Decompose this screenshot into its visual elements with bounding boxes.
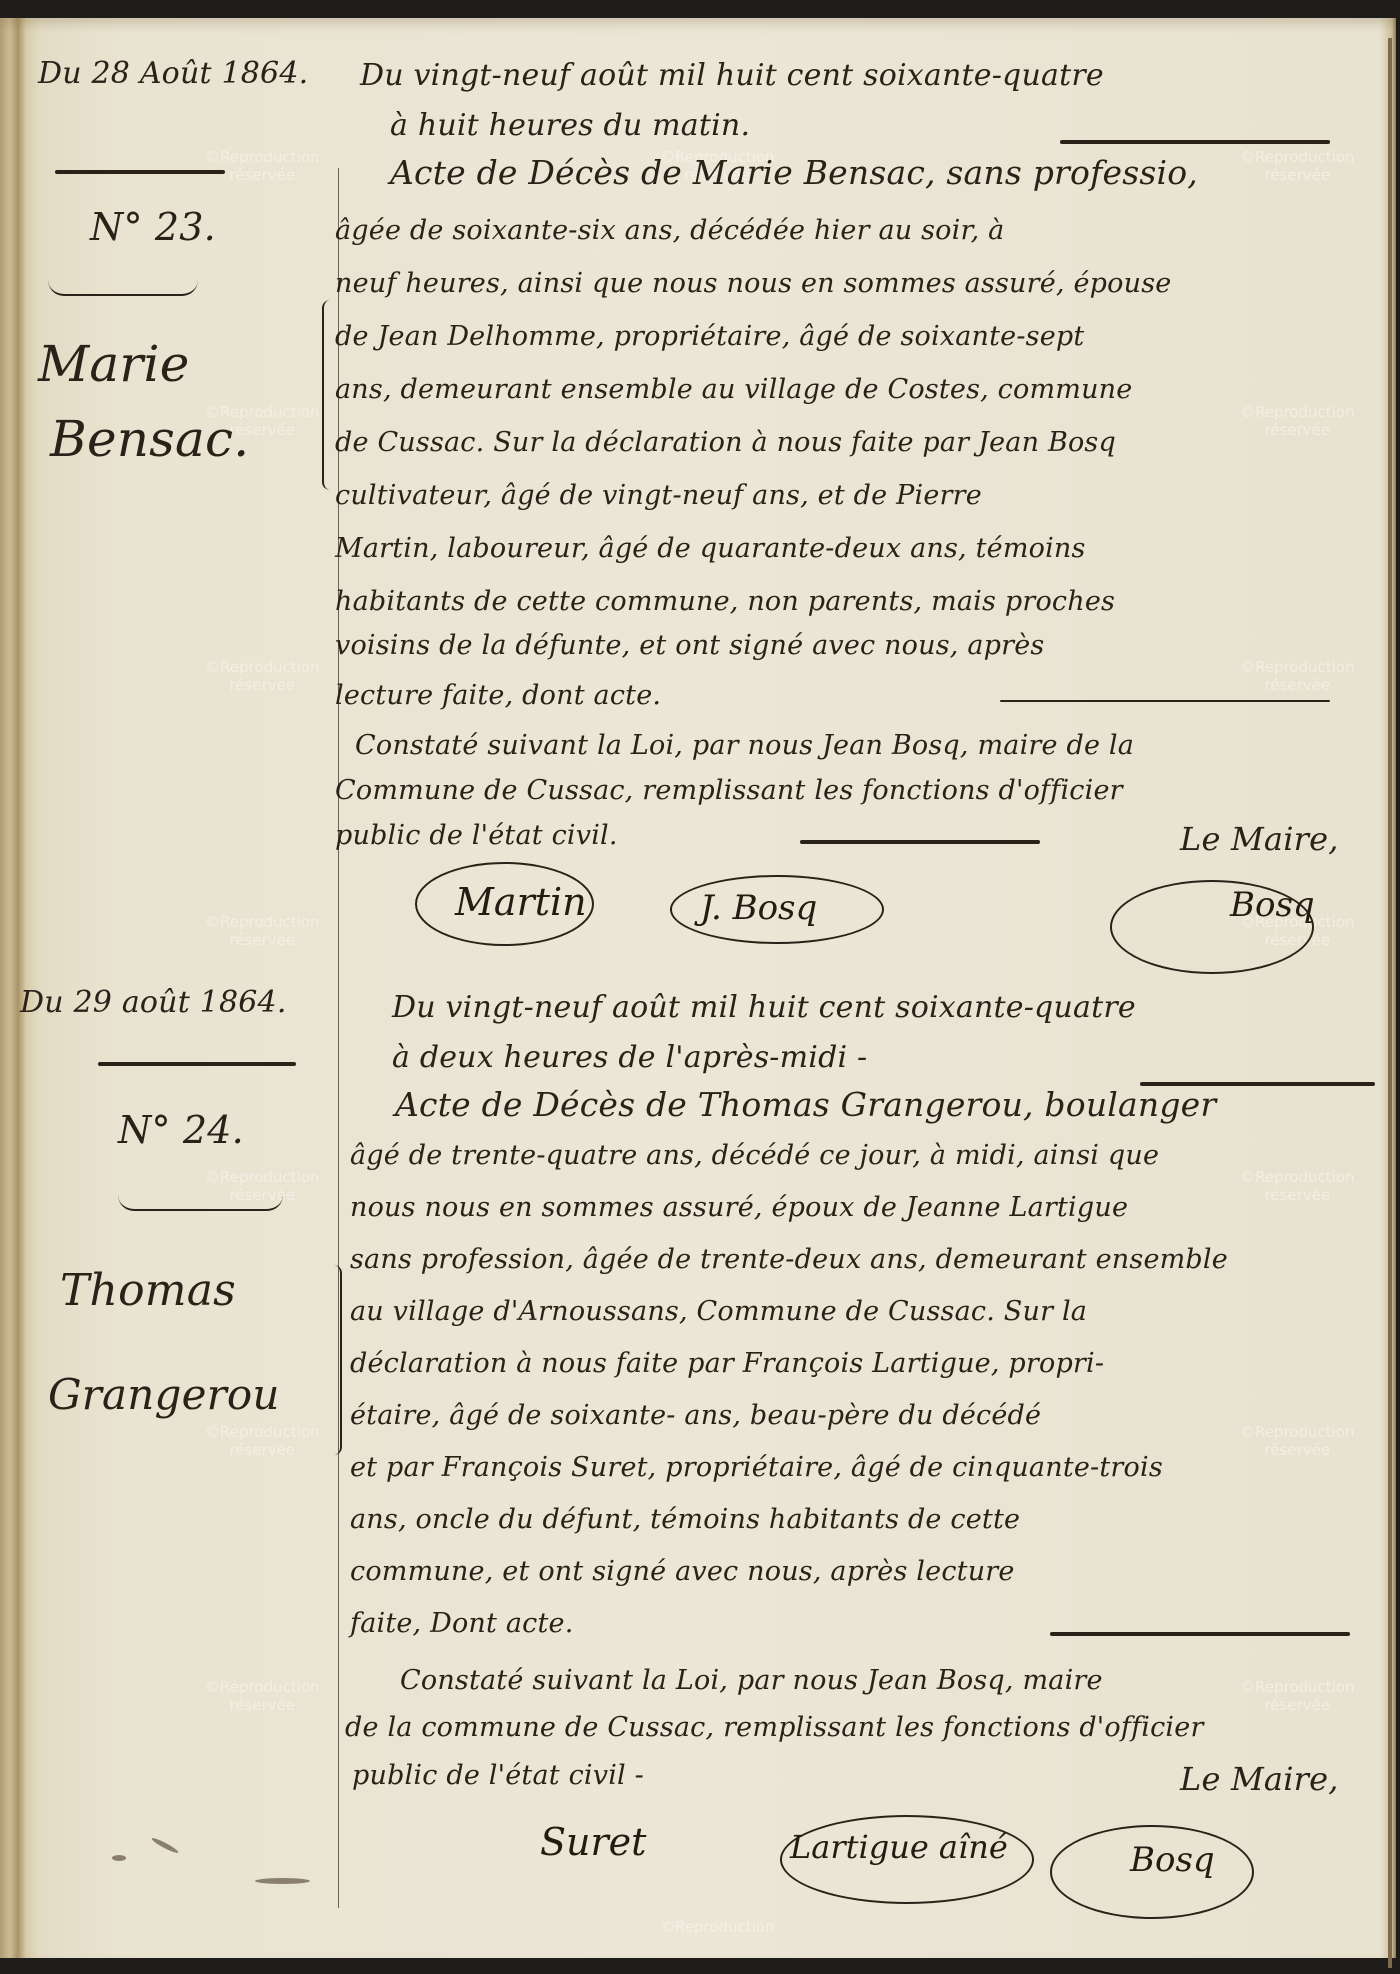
header-line: Du vingt-neuf août mil huit cent soixant… bbox=[392, 990, 1136, 1025]
watermark: ©Reproductionréservée bbox=[205, 658, 320, 694]
watermark: ©Reproductionréservée bbox=[1240, 658, 1355, 694]
mayor-closing: Le Maire, bbox=[1180, 1760, 1339, 1798]
attestation-line: Commune de Cussac, remplissant les fonct… bbox=[335, 775, 1123, 806]
attestation-line: Constaté suivant la Loi, par nous Jean B… bbox=[400, 1665, 1103, 1696]
body-line: faite, Dont acte. bbox=[350, 1608, 573, 1639]
body-line: ans, oncle du défunt, témoins habitants … bbox=[350, 1504, 1020, 1535]
body-line: déclaration à nous faite par François La… bbox=[350, 1348, 1104, 1379]
attestation-line: public de l'état civil - bbox=[352, 1760, 644, 1791]
body-line: habitants de cette commune, non parents,… bbox=[335, 586, 1115, 617]
body-line: cultivateur, âgé de vingt-neuf ans, et d… bbox=[335, 480, 982, 511]
ornamental-divider bbox=[48, 280, 198, 296]
deceased-last-name: Bensac. bbox=[50, 410, 249, 468]
act-title: Acte de Décès de Thomas Grangerou, boula… bbox=[395, 1085, 1216, 1124]
margin-divider bbox=[55, 170, 225, 174]
body-line: de Jean Delhomme, propriétaire, âgé de s… bbox=[335, 321, 1084, 352]
watermark: ©Reproductionréservée bbox=[205, 913, 320, 949]
body-line: au village d'Arnoussans, Commune de Cuss… bbox=[350, 1296, 1087, 1327]
act-title: Acte de Décès de Marie Bensac, sans prof… bbox=[390, 153, 1198, 192]
watermark: ©Reproductionréservée bbox=[1240, 403, 1355, 439]
body-line: âgé de trente-quatre ans, décédé ce jour… bbox=[350, 1140, 1159, 1171]
deceased-last-name: Grangerou bbox=[48, 1370, 280, 1419]
watermark: ©Reproduction bbox=[660, 1918, 775, 1936]
ink-smudge bbox=[112, 1855, 126, 1861]
name-bracket bbox=[322, 300, 334, 490]
line-filler bbox=[1060, 140, 1330, 144]
watermark: ©Reproductionréservée bbox=[205, 148, 320, 184]
signature-suret: Suret bbox=[540, 1820, 646, 1864]
mayor-closing: Le Maire, bbox=[1180, 820, 1339, 858]
body-line: Martin, laboureur, âgé de quarante-deux … bbox=[335, 533, 1086, 564]
ornamental-divider bbox=[118, 1195, 283, 1211]
signature-lartigue: Lartigue aîné bbox=[790, 1828, 1008, 1866]
line-filler bbox=[1000, 700, 1330, 702]
body-line: de Cussac. Sur la déclaration à nous fai… bbox=[335, 427, 1116, 458]
body-line: neuf heures, ainsi que nous nous en somm… bbox=[335, 268, 1171, 299]
body-line: et par François Suret, propriétaire, âgé… bbox=[350, 1452, 1163, 1483]
watermark: ©Reproductionréservée bbox=[1240, 1423, 1355, 1459]
body-line: âgée de soixante-six ans, décédée hier a… bbox=[335, 215, 1004, 246]
body-line: sans profession, âgée de trente-deux ans… bbox=[350, 1244, 1228, 1275]
margin-date: Du 29 août 1864. bbox=[20, 985, 287, 1020]
signature-mayor-bosq: Bosq bbox=[1130, 1840, 1215, 1880]
entry-number: N° 24. bbox=[118, 1108, 244, 1152]
signature-j-bosq: J. Bosq bbox=[700, 888, 817, 928]
watermark: ©Reproductionréservée bbox=[205, 1423, 320, 1459]
watermark: ©Reproductionréservée bbox=[1240, 148, 1355, 184]
watermark: ©Reproductionréservée bbox=[1240, 1678, 1355, 1714]
header-line: Du vingt-neuf août mil huit cent soixant… bbox=[360, 58, 1104, 93]
page-edge bbox=[1388, 38, 1392, 1968]
attestation-line: public de l'état civil. bbox=[335, 820, 618, 851]
entry-number: N° 23. bbox=[90, 205, 216, 249]
body-line: ans, demeurant ensemble au village de Co… bbox=[335, 374, 1132, 405]
header-line: à deux heures de l'après-midi - bbox=[392, 1040, 867, 1075]
attestation-line: Constaté suivant la Loi, par nous Jean B… bbox=[355, 730, 1134, 761]
body-line: voisins de la défunte, et ont signé avec… bbox=[335, 630, 1044, 661]
line-filler bbox=[1050, 1632, 1350, 1636]
deceased-first-name: Marie bbox=[38, 335, 190, 393]
margin-divider bbox=[98, 1062, 296, 1066]
deceased-first-name: Thomas bbox=[60, 1265, 236, 1316]
signature-martin: Martin bbox=[455, 880, 587, 924]
signature-mayor-bosq: Bosq bbox=[1230, 885, 1315, 925]
line-filler bbox=[800, 840, 1040, 844]
header-line: à huit heures du matin. bbox=[390, 108, 750, 143]
body-line: lecture faite, dont acte. bbox=[335, 680, 661, 711]
watermark: ©Reproductionréservée bbox=[205, 1678, 320, 1714]
attestation-line: de la commune de Cussac, remplissant les… bbox=[345, 1712, 1204, 1743]
body-line: commune, et ont signé avec nous, après l… bbox=[350, 1556, 1015, 1587]
name-bracket bbox=[330, 1265, 342, 1455]
watermark: ©Reproductionréservée bbox=[1240, 1168, 1355, 1204]
body-line: nous nous en sommes assuré, époux de Jea… bbox=[350, 1192, 1128, 1223]
ink-smudge bbox=[255, 1878, 310, 1884]
margin-date: Du 28 Août 1864. bbox=[38, 56, 308, 91]
body-line: étaire, âgé de soixante- ans, beau-père … bbox=[350, 1400, 1041, 1431]
